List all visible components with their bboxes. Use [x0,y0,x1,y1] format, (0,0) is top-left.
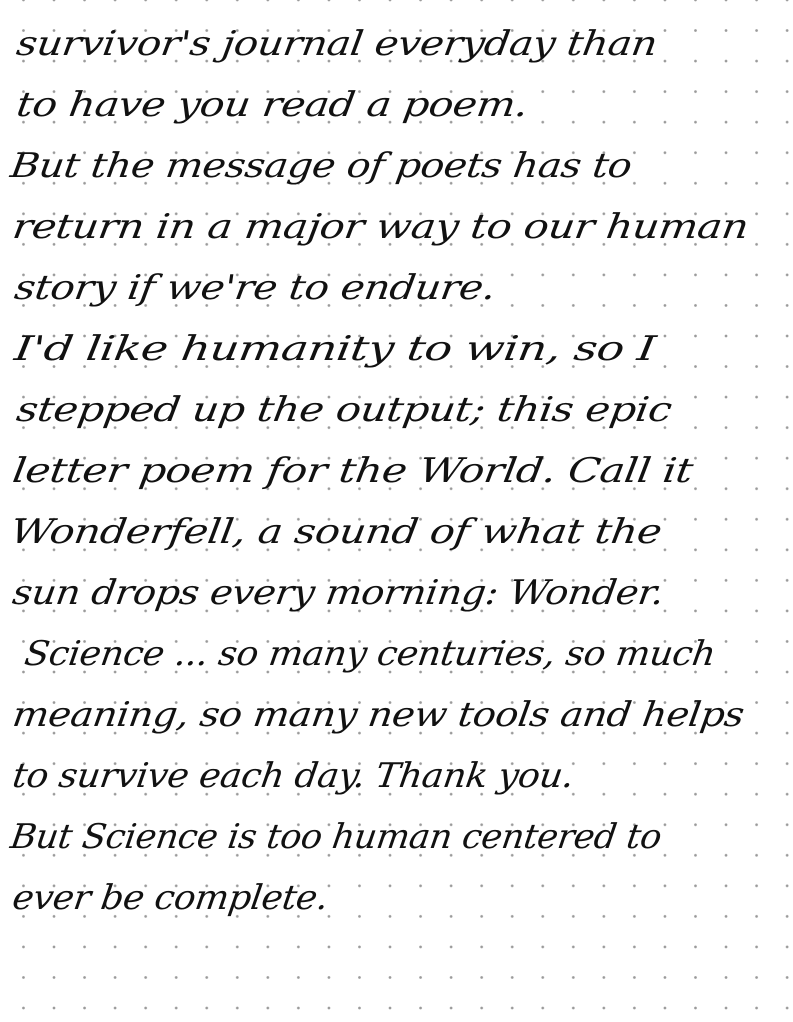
text-line: meaning, so many new tools and helps [10,695,746,735]
handwritten-text: survivor's journal everyday than to have… [0,0,793,1022]
dot-grid-paper: survivor's journal everyday than to have… [0,0,793,1022]
text-line: ever be complete. [10,878,330,918]
text-line: to survive each day. Thank you. [10,756,576,796]
text-line: Science ... so many centuries, so much [22,634,718,674]
text-line: But Science is too human centered to [8,817,664,857]
text-line: to have you read a poem. [14,85,530,125]
text-line: But the message of poets has to [8,146,634,186]
text-line: letter poem for the World. Call it [10,451,695,491]
text-line: I'd like humanity to win, so I [12,329,658,369]
text-line: stepped up the output; this epic [14,390,674,430]
text-line: return in a major way to our human [10,207,751,247]
text-line: sun drops every morning: Wonder. [10,573,666,613]
text-line: story if we're to endure. [12,268,498,308]
text-line: Wonderfell, a sound of what the [8,512,664,552]
text-line: survivor's journal everyday than [14,24,660,64]
